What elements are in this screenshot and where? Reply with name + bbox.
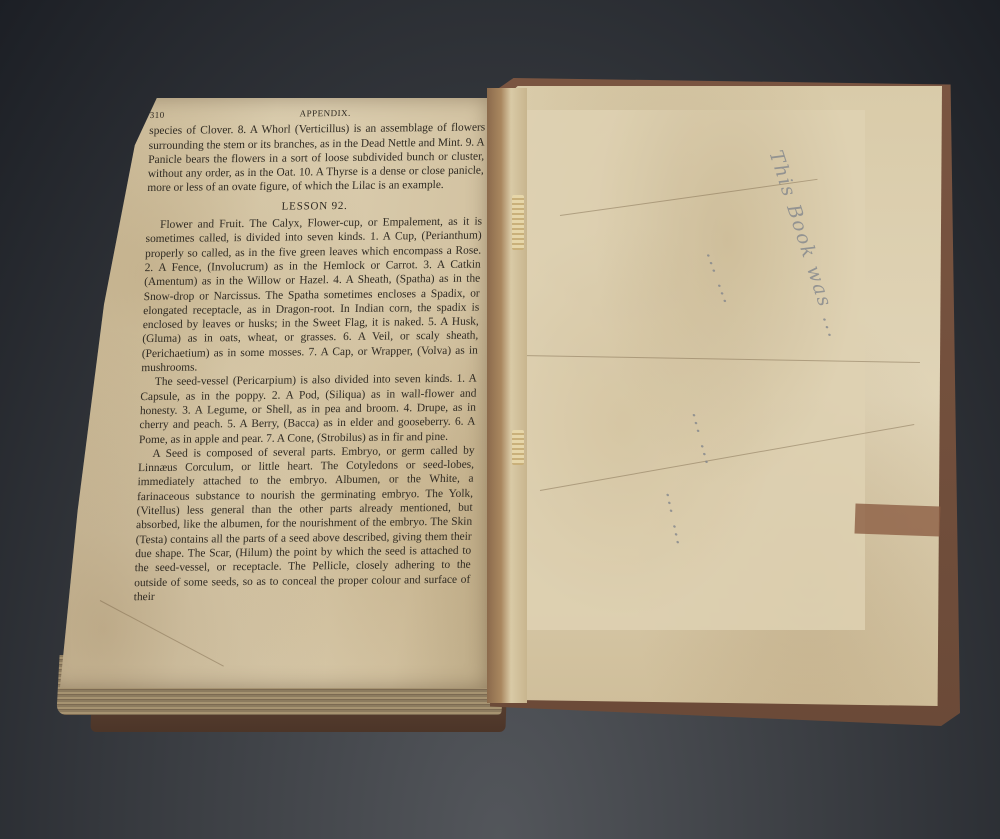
- page-number: 310: [150, 108, 165, 122]
- leather-stain: [855, 504, 941, 537]
- right-page-paper-patch: [520, 110, 865, 630]
- printed-text: 310 APPENDIX. species of Clover. 8. A Wh…: [134, 104, 486, 604]
- book-gutter: [487, 88, 527, 703]
- lesson-heading: LESSON 92.: [146, 197, 482, 215]
- paragraph-calyx: Flower and Fruit. The Calyx, Flower-cup,…: [141, 215, 482, 376]
- binding-stitch: [512, 195, 524, 250]
- intro-paragraph: species of Clover. 8. A Whorl (Verticill…: [147, 121, 485, 196]
- running-head: 310 APPENDIX.: [150, 104, 486, 122]
- photo-scene: 310 APPENDIX. species of Clover. 8. A Wh…: [0, 0, 1000, 839]
- paragraph-seed: A Seed is composed of several parts. Emb…: [134, 443, 475, 604]
- paragraph-seed-vessel: The seed-vessel (Pericarpium) is also di…: [139, 372, 477, 447]
- binding-stitch: [512, 430, 524, 465]
- running-head-title: APPENDIX.: [165, 104, 486, 122]
